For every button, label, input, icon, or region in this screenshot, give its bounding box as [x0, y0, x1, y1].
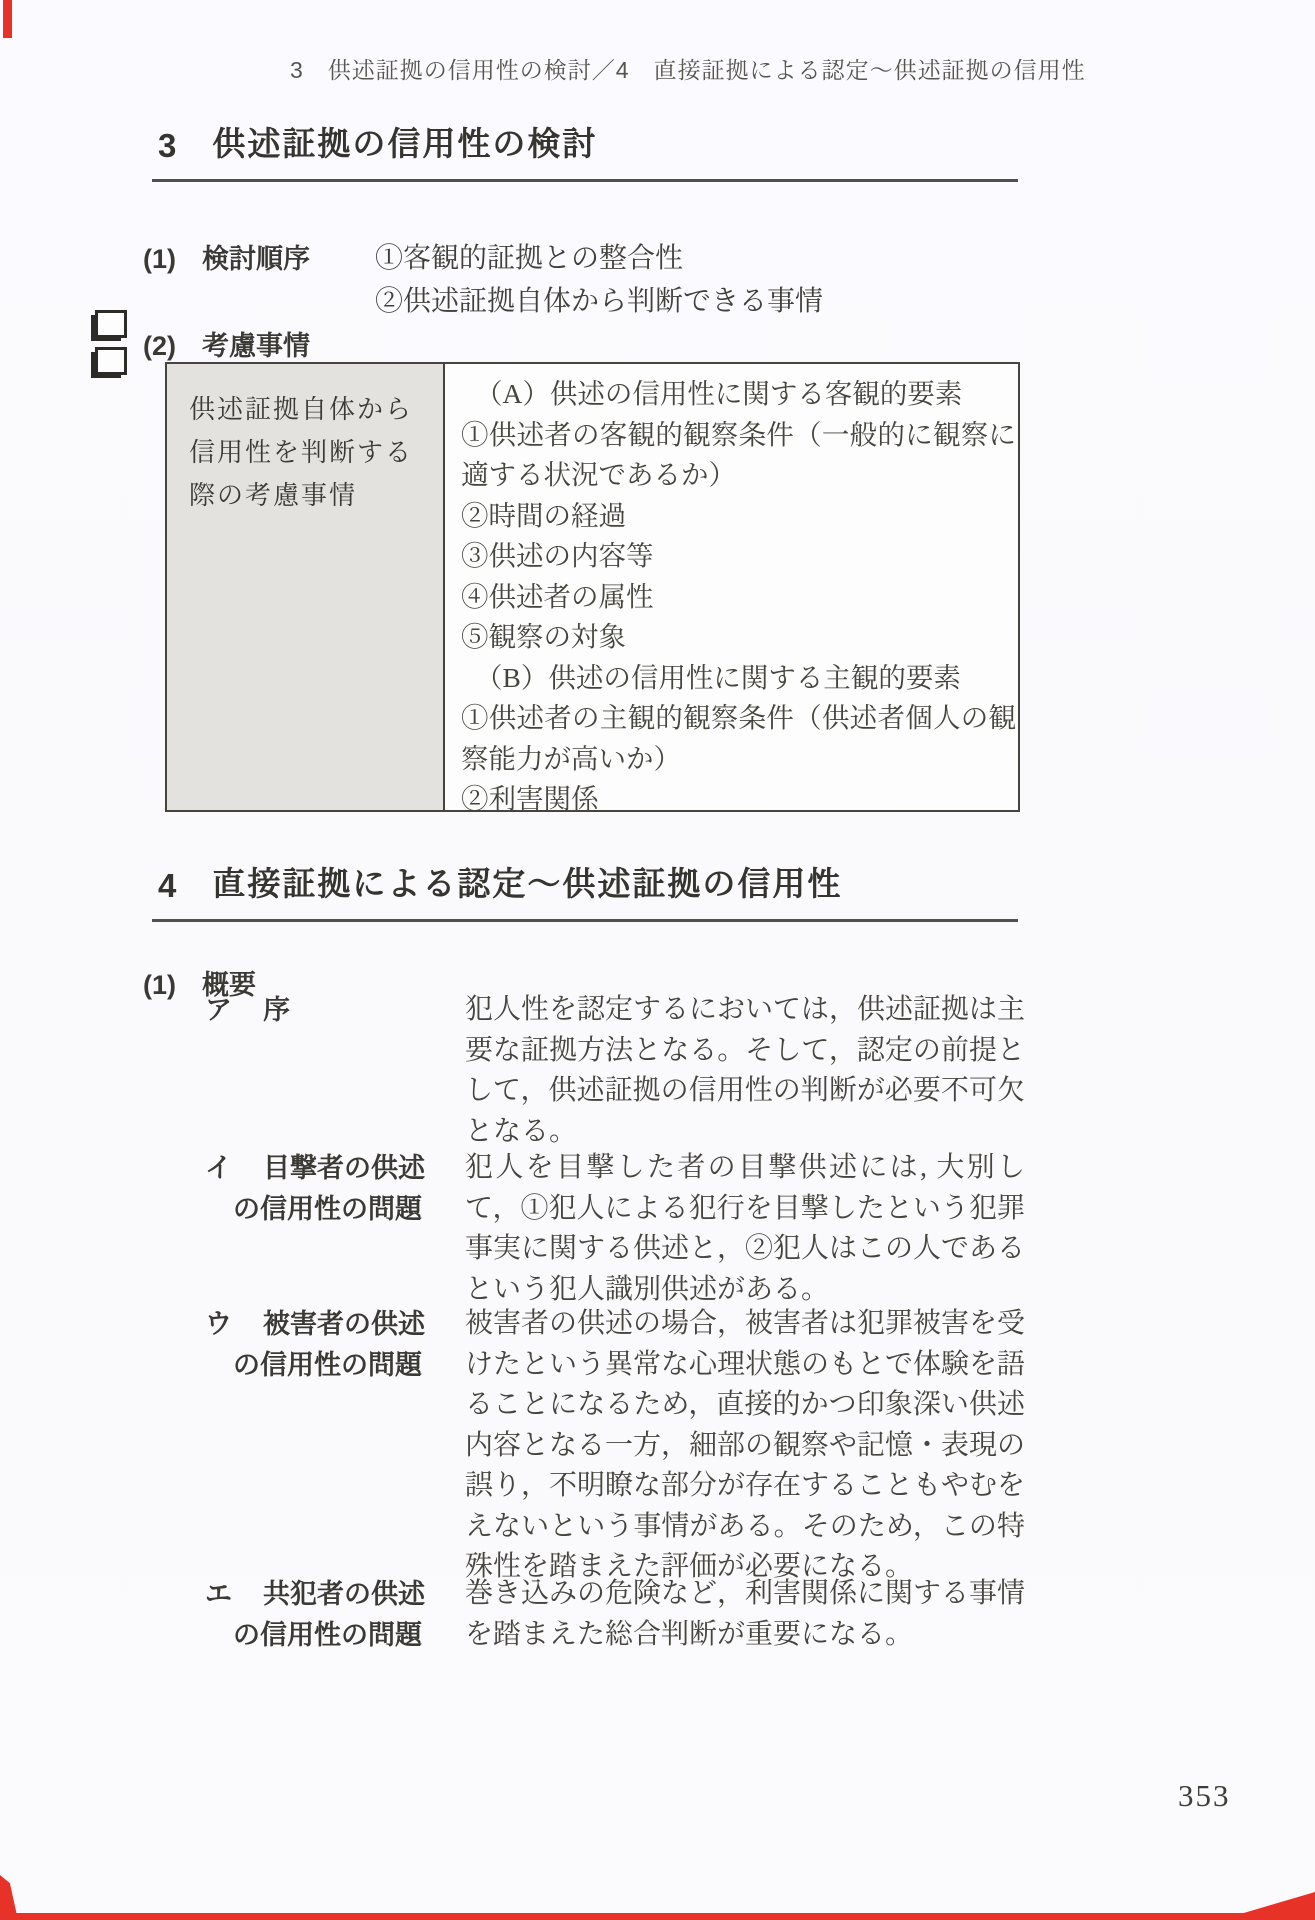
section3-item1-heading: (1)検討順序: [143, 237, 310, 276]
entry-label-line1: 共犯者の供述: [263, 1579, 425, 1609]
table-item: ④供述者の属性: [461, 577, 1016, 618]
red-cover-edge-bottom-left: [0, 1875, 18, 1920]
table-item: ⑤観察の対象: [461, 617, 1016, 658]
table-value-cell: （A）供述の信用性に関する客観的要素 ①供述者の客観的観察条件（一般的に観察に適…: [445, 364, 1018, 810]
entry-label-line2: の信用性の問題: [205, 1345, 457, 1386]
table-item: ①供述者の主観的観察条件（供述者個人の観察能力が高いか）: [461, 698, 1016, 779]
entry-a-jo: ア序 犯人性を認定するにおいては，供述証拠は主要な証拠方法となる。そして，認定の…: [205, 990, 1025, 1152]
entry-label-line1: 序: [263, 995, 290, 1025]
section3-item1-label: 検討順序: [202, 244, 310, 274]
entry-kana: ア: [205, 990, 232, 1031]
review-order-line: ②供述証拠自体から判断できる事情: [375, 280, 955, 323]
entry-label-line2: の信用性の問題: [205, 1615, 457, 1656]
entry-kana: ウ: [205, 1304, 232, 1345]
entry-label: エ共犯者の供述 の信用性の問題: [205, 1574, 457, 1656]
section3-item2-label: 考慮事情: [202, 331, 310, 361]
entry-kana: エ: [205, 1574, 232, 1615]
review-order-lines: ①客観的証拠との整合性 ②供述証拠自体から判断できる事情: [375, 237, 955, 323]
entry-label: ウ被害者の供述 の信用性の問題: [205, 1304, 457, 1588]
section3-title: 3 供述証拠の信用性の検討: [152, 118, 1018, 182]
bookmark-square-icon: [95, 347, 127, 375]
section3-item2-number: (2): [143, 331, 176, 361]
entry-e-accomplice: エ共犯者の供述 の信用性の問題 巻き込みの危険など，利害関係に関する事情を踏まえ…: [205, 1574, 1025, 1656]
entry-body: 犯人性を認定するにおいては，供述証拠は主要な証拠方法となる。そして，認定の前提と…: [465, 990, 1025, 1152]
section3-item1-number: (1): [143, 244, 176, 274]
review-order-line: ①客観的証拠との整合性: [375, 237, 955, 280]
entry-label-line1: 被害者の供述: [263, 1309, 425, 1339]
section3-number: 3: [158, 127, 176, 165]
red-cover-edge-top-left: [3, 0, 12, 38]
red-cover-edge-bottom-right: [1220, 1892, 1315, 1920]
entry-body: 犯人を目撃した者の目撃供述には, 大別して，①犯人による犯行を目撃したという犯罪…: [465, 1148, 1025, 1310]
section3-title-text: 供述証拠の信用性の検討: [212, 118, 597, 165]
entry-label-line1: 目撃者の供述: [263, 1153, 425, 1183]
scanned-book-page: 3 供述証拠の信用性の検討／4 直接証拠による認定～供述証拠の信用性 3 供述証…: [0, 0, 1315, 1920]
red-cover-edge-bottom: [0, 1913, 1315, 1920]
table-item: ②利害関係: [461, 779, 1016, 820]
entry-body: 被害者の供述の場合，被害者は犯罪被害を受けたという異常な心理状態のもとで体験を語…: [465, 1304, 1025, 1588]
table-item: （A）供述の信用性に関する客観的要素: [461, 374, 1016, 415]
running-head: 3 供述証拠の信用性の検討／4 直接証拠による認定～供述証拠の信用性: [290, 52, 1030, 85]
entry-body: 巻き込みの危険など，利害関係に関する事情を踏まえた総合判断が重要になる。: [465, 1574, 1025, 1656]
entry-label: イ目撃者の供述 の信用性の問題: [205, 1148, 457, 1310]
table-item: ①供述者の客観的観察条件（一般的に観察に適する状況であるか）: [461, 415, 1016, 496]
section4-overview-number: (1): [143, 970, 176, 1000]
entry-label: ア序: [205, 990, 457, 1152]
table-item: （B）供述の信用性に関する主観的要素: [461, 658, 1016, 699]
section4-title-text: 直接証拠による認定～供述証拠の信用性: [212, 858, 842, 905]
section4-number: 4: [158, 867, 176, 905]
table-item: ②時間の経過: [461, 496, 1016, 537]
bookmark-square-icon: [95, 310, 127, 338]
margin-bookmark-icons: [95, 310, 127, 384]
entry-label-line2: の信用性の問題: [205, 1189, 457, 1230]
entry-kana: イ: [205, 1148, 232, 1189]
page-number: 353: [1178, 1778, 1231, 1814]
section3-item2-heading: (2)考慮事情: [143, 324, 310, 363]
table-header-cell: 供述証拠自体から信用性を判断する際の考慮事情: [167, 364, 445, 810]
entry-i-eyewitness: イ目撃者の供述 の信用性の問題 犯人を目撃した者の目撃供述には, 大別して，①犯…: [205, 1148, 1025, 1310]
table-item: ③供述の内容等: [461, 536, 1016, 577]
section4-title: 4 直接証拠による認定～供述証拠の信用性: [152, 858, 1018, 922]
entry-u-victim: ウ被害者の供述 の信用性の問題 被害者の供述の場合，被害者は犯罪被害を受けたとい…: [205, 1304, 1025, 1588]
consideration-table: 供述証拠自体から信用性を判断する際の考慮事情 （A）供述の信用性に関する客観的要…: [165, 362, 1020, 812]
